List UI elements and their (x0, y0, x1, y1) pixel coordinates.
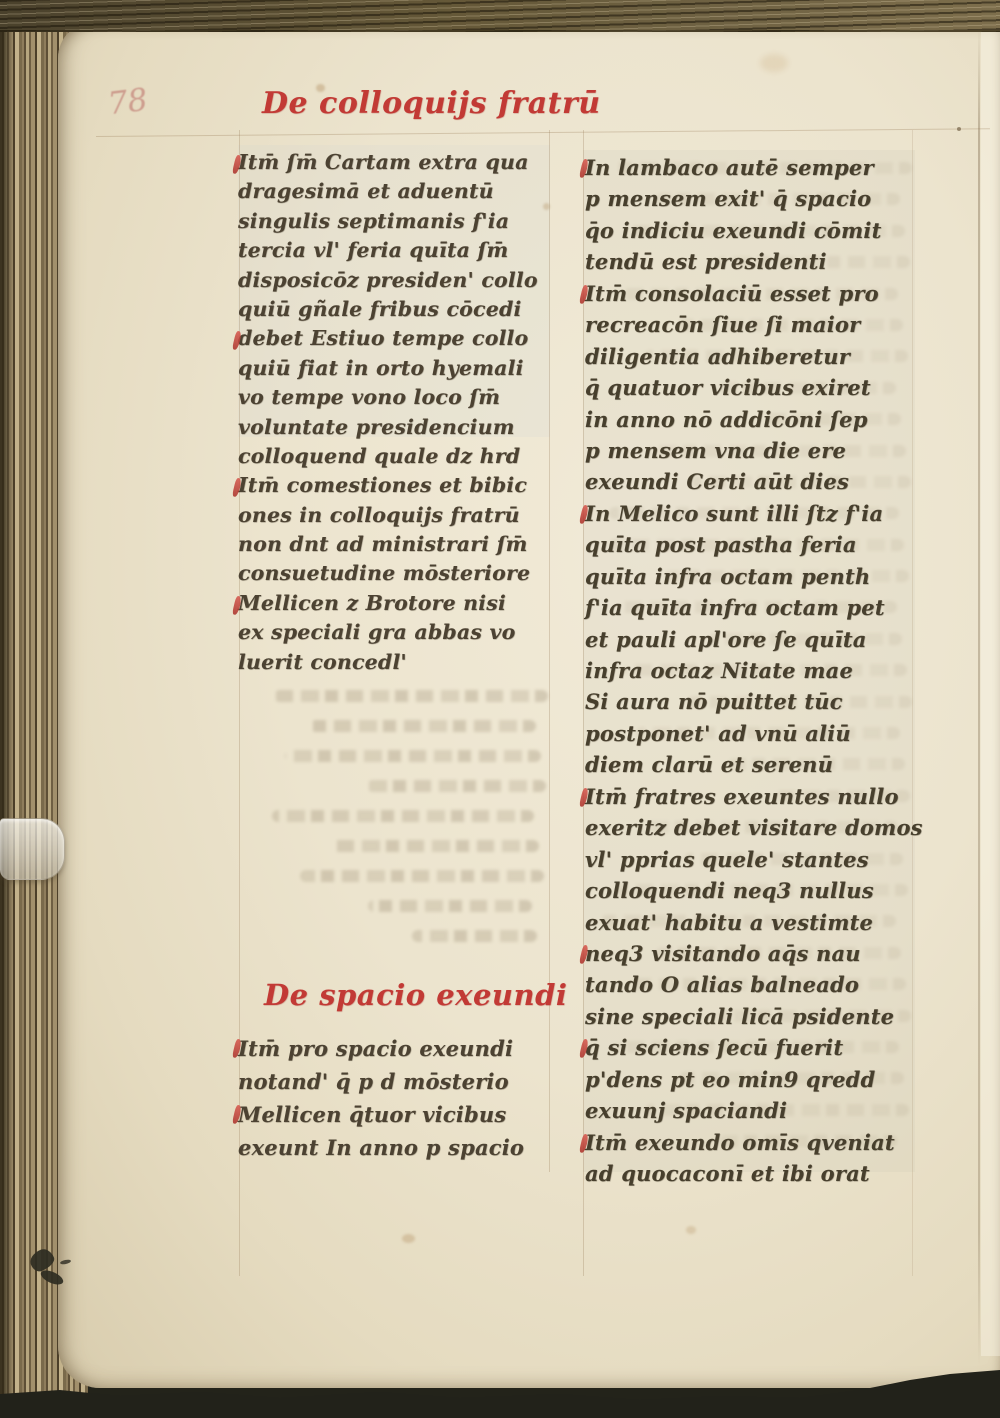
text-line: q̄o indiciu exeundi cōmit (585, 215, 917, 246)
text-line: notand' q̄ p d mōsterio (238, 1065, 550, 1098)
text-line: ex speciali gra abbas vo (238, 618, 550, 647)
text-line: In lambaco autē semper (585, 152, 917, 183)
show-through-line (330, 840, 539, 852)
text-line: recreacōn ſiue ſi maior (585, 309, 917, 340)
text-line: colloquend quale dz hrd (238, 442, 550, 471)
text-line: non dnt ad ministrari ſm̄ (238, 530, 550, 559)
text-line: in anno nō addicōni ſep (585, 404, 917, 435)
text-line: quīta infra octam penth (585, 561, 917, 592)
left-column-block-2: Itm̄ pro spacio exeundinotand' q̄ p d mō… (238, 1032, 550, 1164)
foxing-stain (402, 1234, 415, 1243)
text-line: et pauli apl'ore ſe quīta (585, 624, 917, 655)
text-line: Itm̄ consolaciū esset pro (585, 278, 917, 309)
bookmark-tab (0, 818, 65, 880)
text-line: Itm̄ comestiones et bibic (238, 471, 550, 500)
text-line: neq3 visitando aq̄s nau (585, 938, 917, 969)
foxing-stain (760, 54, 788, 72)
foxing-stain (543, 203, 550, 210)
text-line: Itm̄ exeundo omīs qveniat (585, 1127, 917, 1158)
book-head-edge (0, 0, 1000, 32)
text-line: exeunt In anno p spacio (238, 1131, 550, 1164)
show-through-line (274, 690, 548, 702)
text-line: luerit concedl' (238, 648, 550, 677)
text-line: exeritz debet visitare domos (585, 812, 917, 843)
text-line: exeundi Certi aūt dies (585, 466, 917, 497)
foxing-stain (316, 84, 325, 92)
text-line: diem clarū et serenū (585, 749, 917, 780)
text-line: consuetudine mōsteriore (238, 559, 550, 588)
text-line: diligentia adhiberetur (585, 341, 917, 372)
show-through-text-left (250, 690, 548, 960)
show-through-line (367, 780, 546, 792)
left-column-block-1: Itm̄ ſm̄ Cartam extra quadragesimā et ad… (238, 148, 550, 677)
text-line: Mellicen q̄tuor vicibus (238, 1098, 550, 1131)
text-line: tando O alias balneado (585, 969, 917, 1000)
text-line: Itm̄ fratres exeuntes nullo (585, 781, 917, 812)
text-line: voluntate presidencium (238, 413, 550, 442)
text-line: f'ia quīta infra octam pet (585, 592, 917, 623)
page-fold-highlight (981, 26, 1000, 1356)
text-line: ones in colloquijs fratrū (238, 501, 550, 530)
show-through-line (272, 810, 534, 822)
text-line: p mensem vna die ere (585, 435, 917, 466)
foxing-stain (686, 1226, 696, 1234)
text-line: Si aura nō puittet tūc (585, 686, 917, 717)
text-line: p'dens pt eo min9 qredd (585, 1064, 917, 1095)
text-line: exuunj spaciandi (585, 1095, 917, 1126)
show-through-line (300, 870, 544, 882)
show-through-line (310, 720, 536, 732)
text-line: vl' pprias quele' stantes (585, 844, 917, 875)
text-line: postponet' ad vnū aliū (585, 718, 917, 749)
text-line: Mellicen z Brotore nisi (238, 589, 550, 618)
text-line: quīta post pastha feria (585, 529, 917, 560)
text-line: ad quocaconī et ibi orat (585, 1158, 917, 1189)
text-line: p mensem exit' q̄ spacio (585, 183, 917, 214)
text-line: q̄ si sciens ſecū fuerit (585, 1032, 917, 1063)
show-through-line (368, 900, 532, 912)
text-line: tercia vl' feria quīta ſm̄ (238, 236, 550, 265)
text-line: quiū gñale fribus cōcedi (238, 295, 550, 324)
text-line: exuat' habitu a vestimte (585, 907, 917, 938)
text-line: debet Estiuo tempe collo (238, 324, 550, 353)
text-line: sine speciali licā psidente (585, 1001, 917, 1032)
text-line: Itm̄ pro spacio exeundi (238, 1032, 550, 1065)
text-line: tendū est presidenti (585, 246, 917, 277)
text-line: q̄ quatuor vicibus exiret (585, 372, 917, 403)
text-line: colloquendi neq3 nullus (585, 875, 917, 906)
show-through-line (412, 930, 537, 942)
show-through-line (285, 750, 541, 762)
text-line: singulis septimanis f'ia (238, 207, 550, 236)
folio-number: 78 (106, 82, 150, 123)
right-column: In lambaco autē semperp mensem exit' q̄ … (585, 152, 917, 1189)
rubric-heading-colloquiis: De colloquijs fratrū (262, 86, 601, 121)
text-line: disposicōz presiden' collo (238, 266, 550, 295)
text-line: dragesimā et aduentū (238, 177, 550, 206)
text-line: quiū fiat in orto hyemali (238, 354, 550, 383)
rubric-heading-spacio: De spacio exeundi (264, 978, 567, 1012)
ink-speck (957, 127, 961, 131)
text-line: vo tempe vono loco ſm̄ (238, 383, 550, 412)
manuscript-scan: { "document": { "kind": "medieval manusc… (0, 0, 1000, 1418)
page-fold-crease (978, 26, 980, 1366)
text-line: Itm̄ ſm̄ Cartam extra qua (238, 148, 550, 177)
text-line: In Melico sunt illi ſtz f'ia (585, 498, 917, 529)
text-line: infra octaz Nitate mae (585, 655, 917, 686)
